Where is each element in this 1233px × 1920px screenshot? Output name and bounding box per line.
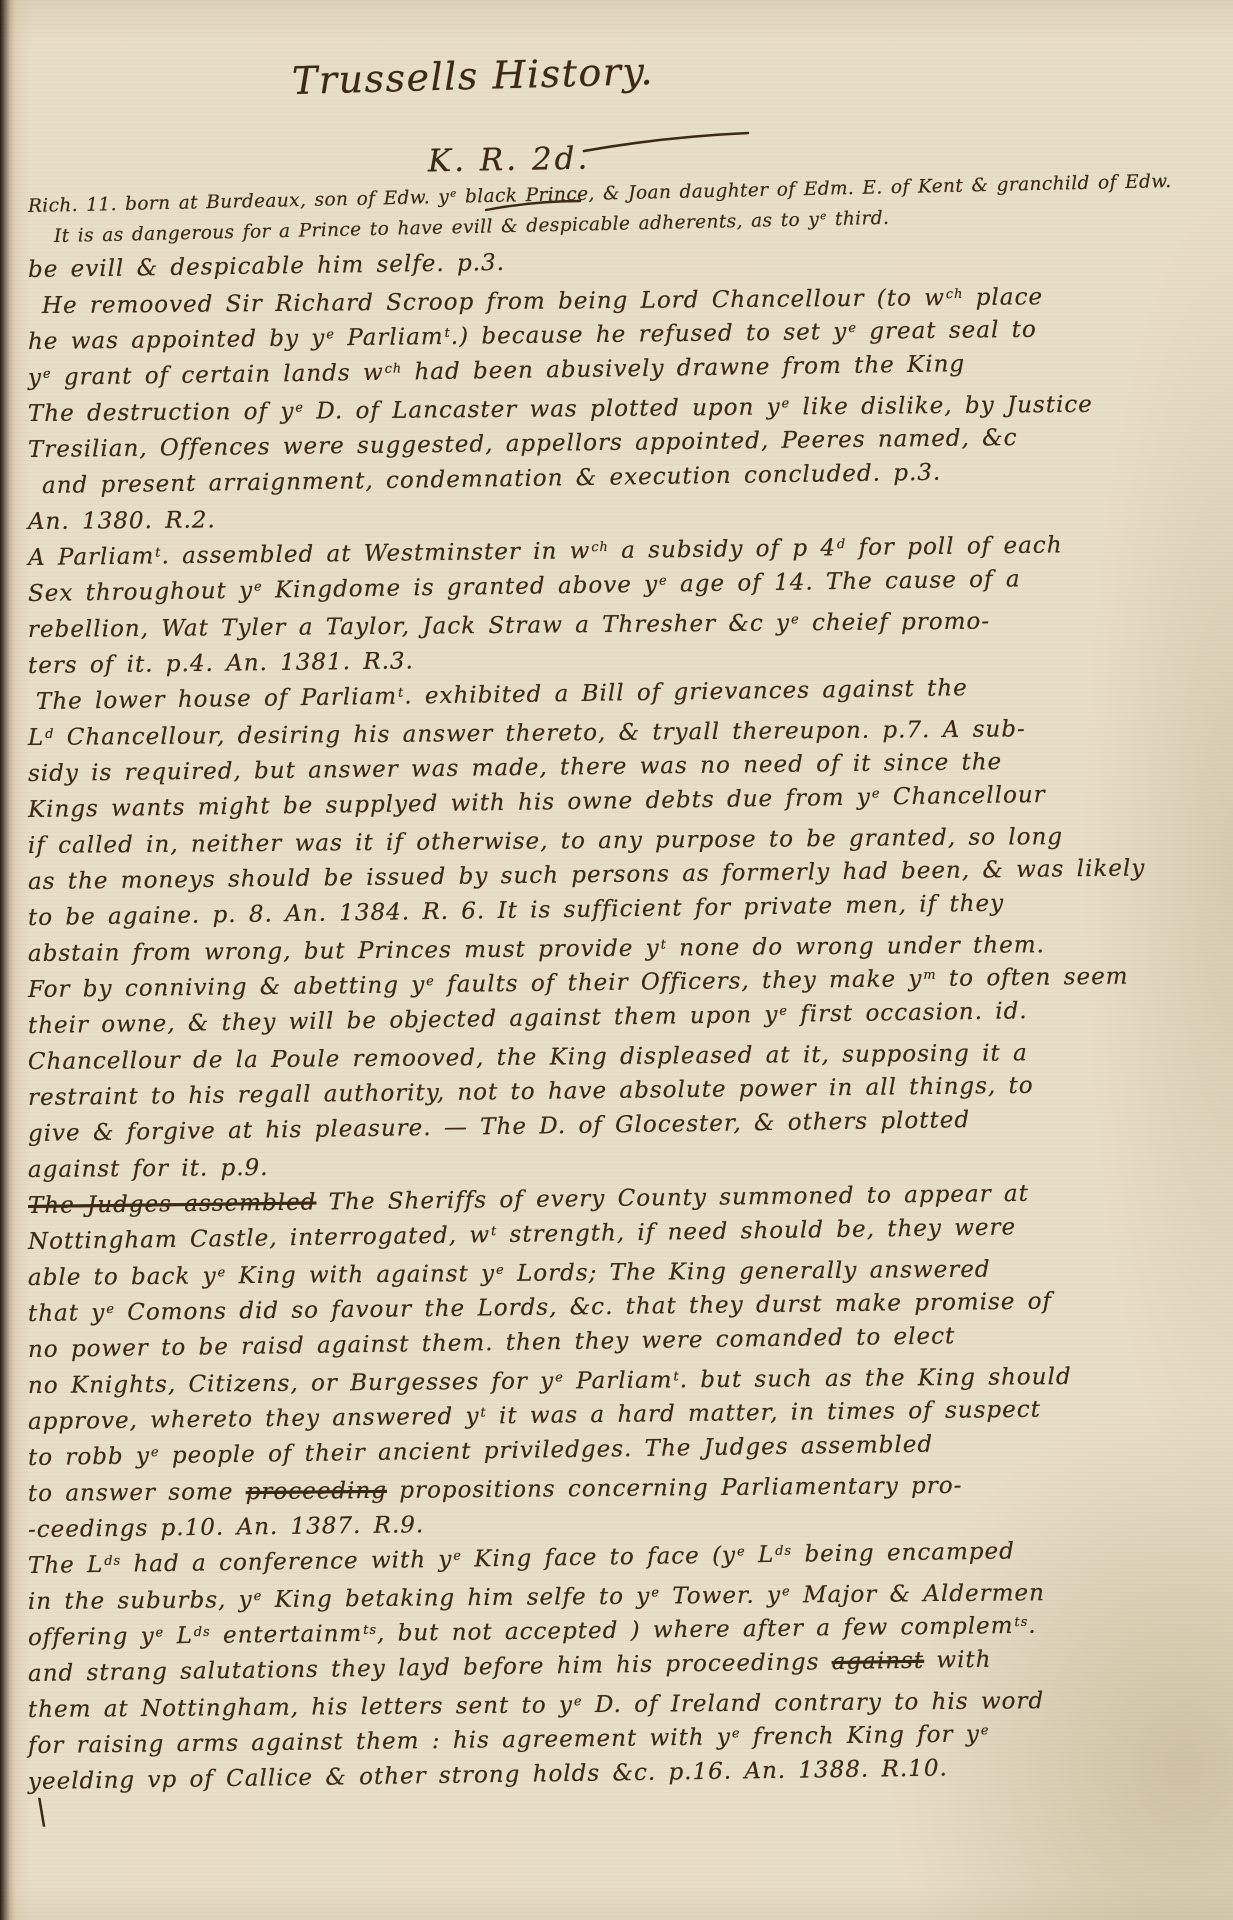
- page-title: Trussells History.: [291, 49, 654, 103]
- manuscript-page: { "page": { "title": "Trussells History.…: [0, 0, 1233, 1920]
- manuscript-body: Rich. 11. born at Burdeaux, son of Edw. …: [28, 192, 1227, 1920]
- section-heading: K. R. 2d.: [428, 141, 591, 180]
